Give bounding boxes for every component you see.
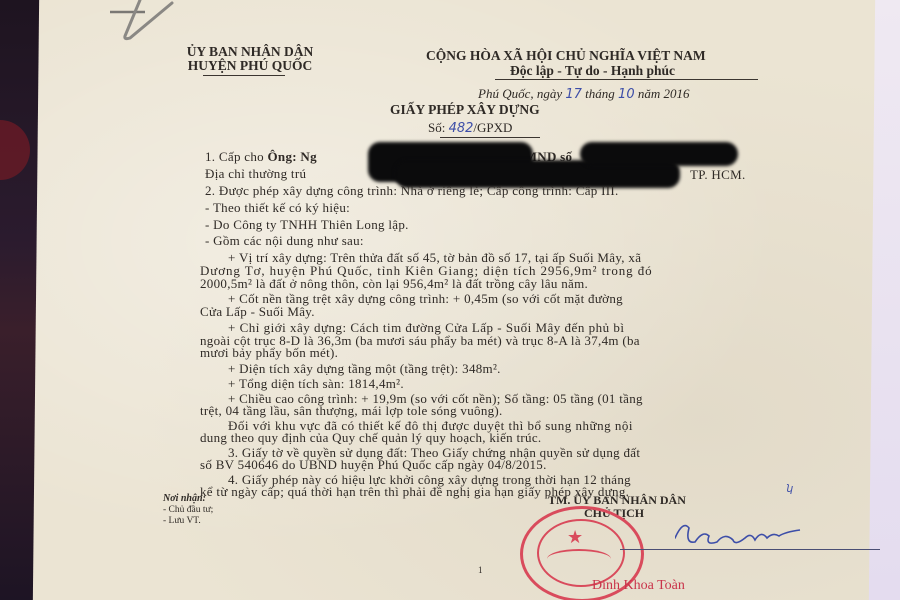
issuer-underline — [203, 75, 285, 76]
page-number: 1 — [478, 565, 483, 575]
date-year: năm 2016 — [638, 86, 690, 101]
nation-title: CỘNG HÒA XÃ HỘI CHỦ NGHĨA VIỆT NAM — [426, 48, 706, 64]
nation-motto: Độc lập - Tự do - Hạnh phúc — [510, 63, 675, 79]
background-object — [0, 120, 30, 180]
signature-line — [620, 549, 880, 550]
recipient-item: - Lưu VT. — [163, 516, 201, 526]
paperclip-icon — [110, 0, 180, 45]
body-line-14: mươi bảy phẩy bốn mét). — [200, 345, 338, 361]
body-line-1: 1. Cấp cho Ông: Ng — [205, 149, 317, 165]
recipients-title: Nơi nhận: — [163, 493, 206, 504]
body-line-5: - Do Công ty TNHH Thiên Long lập. — [205, 217, 409, 233]
body-line-9: 2000,5m² là đất ở nông thôn, còn lại 956… — [200, 276, 588, 292]
body-line-22: số BV 540646 do UBND huyện Phú Quốc cấp … — [200, 457, 547, 473]
body-line-18: trệt, 04 tầng lầu, sân thượng, mái lợp t… — [200, 403, 503, 419]
body-line-15: + Diện tích xây dựng tầng một (tầng trệt… — [228, 361, 501, 377]
body-line-4: - Theo thiết kế có ký hiệu: — [205, 200, 350, 216]
permit-number-value: 482 — [449, 121, 474, 136]
body-line-16: + Tổng diện tích sàn: 1814,4m². — [228, 376, 404, 392]
date-month-label: tháng — [585, 86, 615, 101]
issue-date: Phú Quốc, ngày 17 tháng 10 năm 2016 — [478, 86, 689, 102]
motto-underline — [495, 79, 758, 80]
date-day: 17 — [565, 87, 582, 102]
date-month: 10 — [618, 87, 635, 102]
permit-number-suffix: /GPXD — [473, 120, 512, 135]
body-line-11: Cửa Lấp - Suối Mây. — [200, 304, 315, 320]
body-line-20: dung theo quy định của Quy chế quản lý q… — [200, 430, 541, 446]
date-prefix: Phú Quốc, ngày — [478, 86, 562, 101]
handwritten-mark: ʮ — [786, 482, 792, 495]
address-city: TP. HCM. — [690, 167, 746, 183]
recipient-item: - Chủ đầu tư; — [163, 505, 213, 515]
star-icon: ★ — [567, 527, 583, 548]
body-line-6: - Gồm các nội dung như sau: — [205, 233, 364, 249]
address-label: Địa chỉ thường trú — [205, 166, 306, 182]
permit-number-label: Số: — [428, 120, 445, 135]
grantee-label: 1. Cấp cho — [205, 149, 268, 164]
permit-number: Số: 482/GPXD — [428, 120, 512, 136]
grantee-name: Ông: Ng — [268, 149, 317, 164]
redaction-mark — [580, 142, 738, 166]
handwritten-signature — [675, 510, 805, 554]
issuer-line-2: HUYỆN PHÚ QUỐC — [150, 58, 350, 74]
title-underline — [440, 137, 540, 138]
document-title: GIẤY PHÉP XÂY DỰNG — [390, 102, 540, 118]
signatory-name: Đinh Khoa Toàn — [592, 578, 685, 594]
body-line-3: 2. Được phép xây dựng công trình: Nhà ở … — [205, 183, 619, 199]
stamp-emblem — [547, 549, 611, 569]
